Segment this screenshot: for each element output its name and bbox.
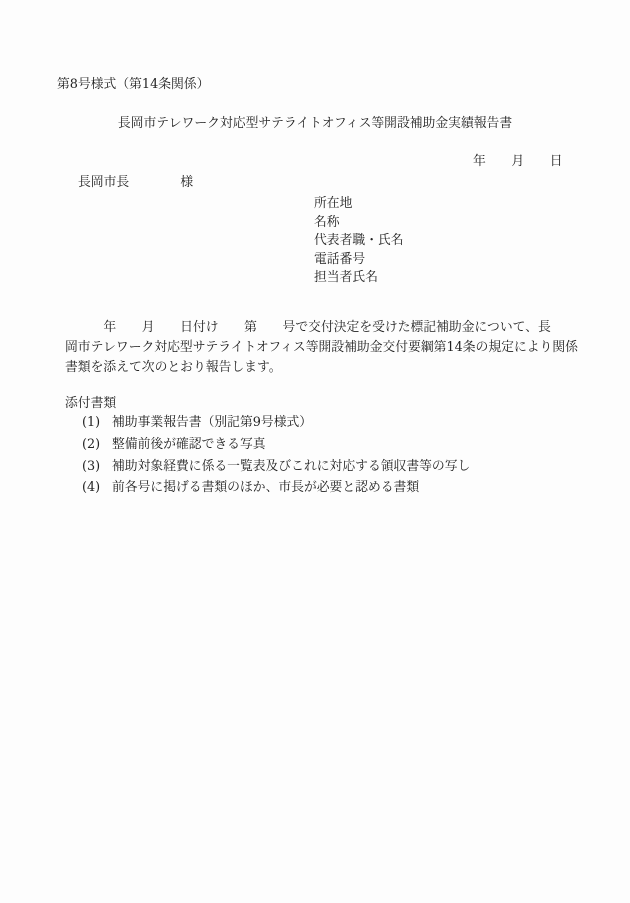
body-line: 年 月 日付け 第 号で交付決定を受けた標記補助金について、長	[65, 318, 578, 338]
applicant-field: 代表者職・氏名	[314, 232, 404, 251]
attachment-number: (4)	[82, 477, 112, 499]
attachment-number: (1)	[82, 412, 112, 434]
applicant-field: 名称	[314, 214, 404, 233]
attachment-item: (3)補助対象経費に係る一覧表及びこれに対応する領収書等の写し	[82, 456, 470, 478]
attachment-text: 整備前後が確認できる写真	[112, 434, 266, 456]
applicant-field: 電話番号	[314, 251, 404, 270]
applicant-fields: 所在地名称代表者職・氏名電話番号担当者氏名	[314, 195, 404, 288]
attachments-list: (1)補助事業報告書（別記第9号様式）(2)整備前後が確認できる写真(3)補助対…	[82, 412, 470, 499]
attachment-item: (4)前各号に掲げる書類のほか、市長が必要と認める書類	[82, 477, 470, 499]
attachment-number: (3)	[82, 456, 112, 478]
attachments-heading: 添付書類	[65, 398, 116, 411]
body-line: 書類を添えて次のとおり報告します。	[65, 358, 578, 378]
attachment-text: 前各号に掲げる書類のほか、市長が必要と認める書類	[112, 477, 419, 499]
addressee: 長岡市長 様	[78, 177, 193, 190]
attachment-item: (1)補助事業報告書（別記第9号様式）	[82, 412, 470, 434]
applicant-field: 担当者氏名	[314, 269, 404, 288]
attachment-number: (2)	[82, 434, 112, 456]
attachment-item: (2)整備前後が確認できる写真	[82, 434, 470, 456]
date-line: 年 月 日	[473, 156, 563, 169]
form-number: 第8号様式（第14条関係）	[57, 79, 209, 92]
applicant-field: 所在地	[314, 195, 404, 214]
document-page: 第8号様式（第14条関係） 長岡市テレワーク対応型サテライトオフィス等開設補助金…	[0, 0, 630, 903]
body-line: 岡市テレワーク対応型サテライトオフィス等開設補助金交付要綱第14条の規定により関…	[65, 338, 578, 358]
attachment-text: 補助対象経費に係る一覧表及びこれに対応する領収書等の写し	[112, 456, 470, 478]
attachment-text: 補助事業報告書（別記第9号様式）	[112, 412, 312, 434]
page-title: 長岡市テレワーク対応型サテライトオフィス等開設補助金実績報告書	[0, 118, 630, 131]
body-paragraph: 年 月 日付け 第 号で交付決定を受けた標記補助金について、長岡市テレワーク対応…	[65, 318, 578, 378]
